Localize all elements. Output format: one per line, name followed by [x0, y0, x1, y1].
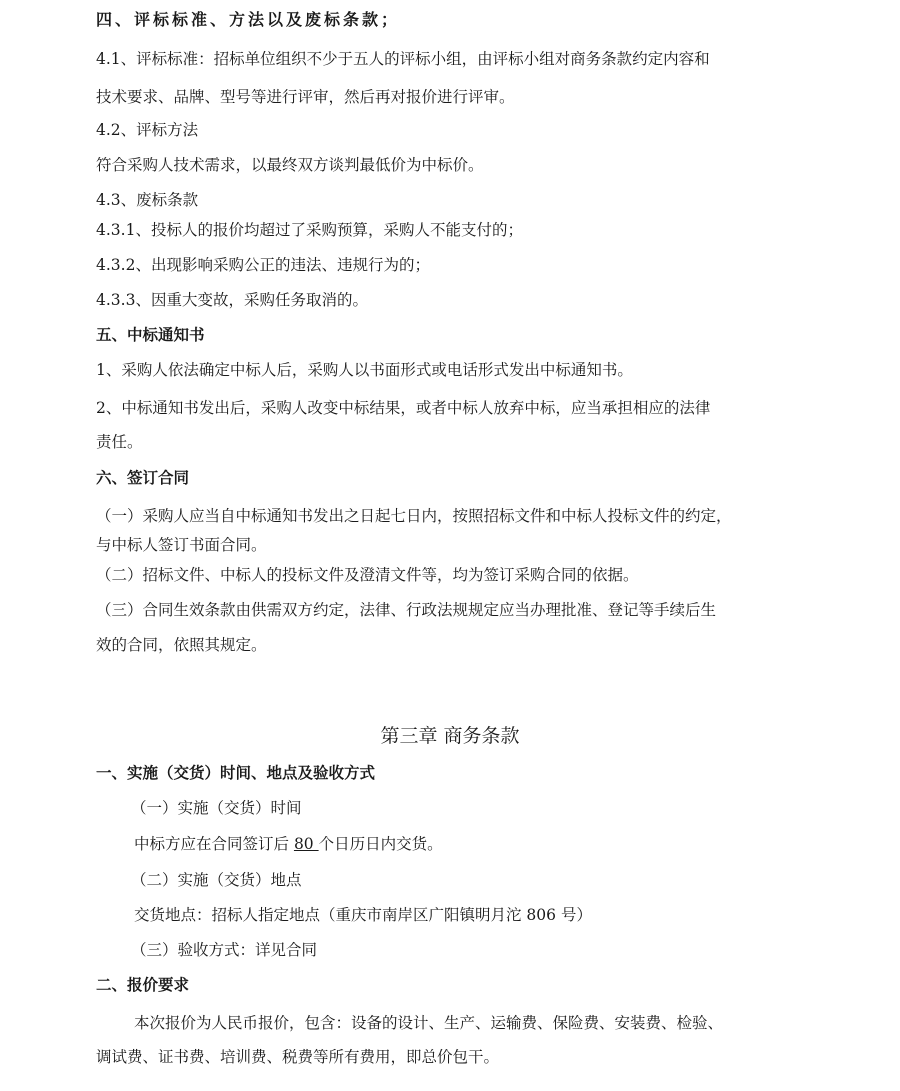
item-4-3-2: 4.3.2、出现影响采购公正的违法、违规行为的； — [96, 255, 430, 275]
delivery-time-prefix: 中标方应在合同签订后 — [134, 835, 294, 853]
part-2-body-line-2: 调试费、证书费、培训费、税费等所有费用，即总价包干。 — [96, 1047, 499, 1067]
section-6-item-3-line-1: （三）合同生效条款由供需双方约定，法律、行政法规规定应当办理批准、登记等手续后生 — [96, 600, 716, 620]
delivery-days-value: 80 — [294, 835, 319, 853]
section-4-heading: 四、评标标准、方法以及废标条款； — [96, 10, 400, 30]
section-5-item-2-line-1: 2、中标通知书发出后，采购人改变中标结果，或者中标人放弃中标，应当承担相应的法律 — [96, 398, 710, 418]
section-5-heading: 五、中标通知书 — [96, 325, 205, 345]
section-6-item-3-line-2: 效的合同，依照其规定。 — [96, 635, 267, 655]
section-5-item-2-line-2: 责任。 — [96, 432, 143, 452]
part-1-sub-3: （三）验收方式：详见合同 — [131, 940, 317, 960]
heading-4-2: 4.2、评标方法 — [96, 120, 198, 140]
chapter-3-title: 第三章 商务条款 — [0, 721, 900, 748]
part-2-body-line-1: 本次报价为人民币报价，包含：设备的设计、生产、运输费、保险费、安装费、检验、 — [134, 1013, 723, 1033]
part-2-heading: 二、报价要求 — [96, 975, 189, 995]
part-1-sub-2-body: 交货地点：招标人指定地点（重庆市南岸区广阳镇明月沱 806 号） — [134, 905, 592, 925]
section-6-item-1-line-2: 与中标人签订书面合同。 — [96, 535, 267, 555]
paragraph-4-1-line-1: 4.1、评标标准：招标单位组织不少于五人的评标小组，由评标小组对商务条款约定内容… — [96, 49, 710, 69]
paragraph-4-2: 符合采购人技术需求，以最终双方谈判最低价为中标价。 — [96, 155, 484, 175]
delivery-time-suffix: 个日历日内交货。 — [319, 835, 443, 853]
section-6-item-1-line-1: （一）采购人应当自中标通知书发出之日起七日内，按照招标文件和中标人投标文件的约定… — [96, 506, 732, 526]
section-6-heading: 六、签订合同 — [96, 468, 189, 488]
item-4-3-1: 4.3.1、投标人的报价均超过了采购预算，采购人不能支付的； — [96, 220, 523, 240]
item-4-3-3: 4.3.3、因重大变故，采购任务取消的。 — [96, 290, 368, 310]
section-5-item-1: 1、采购人依法确定中标人后，采购人以书面形式或电话形式发出中标通知书。 — [96, 360, 633, 380]
part-1-sub-2-heading: （二）实施（交货）地点 — [131, 870, 302, 890]
part-1-sub-1-body: 中标方应在合同签订后 80 个日历日内交货。 — [134, 834, 443, 854]
heading-4-3: 4.3、废标条款 — [96, 190, 198, 210]
paragraph-4-1-line-2: 技术要求、品牌、型号等进行评审，然后再对报价进行评审。 — [96, 87, 515, 107]
part-1-sub-1-heading: （一）实施（交货）时间 — [131, 798, 302, 818]
section-6-item-2: （二）招标文件、中标人的投标文件及澄清文件等，均为签订采购合同的依据。 — [96, 565, 639, 585]
part-1-heading: 一、实施（交货）时间、地点及验收方式 — [96, 763, 375, 783]
